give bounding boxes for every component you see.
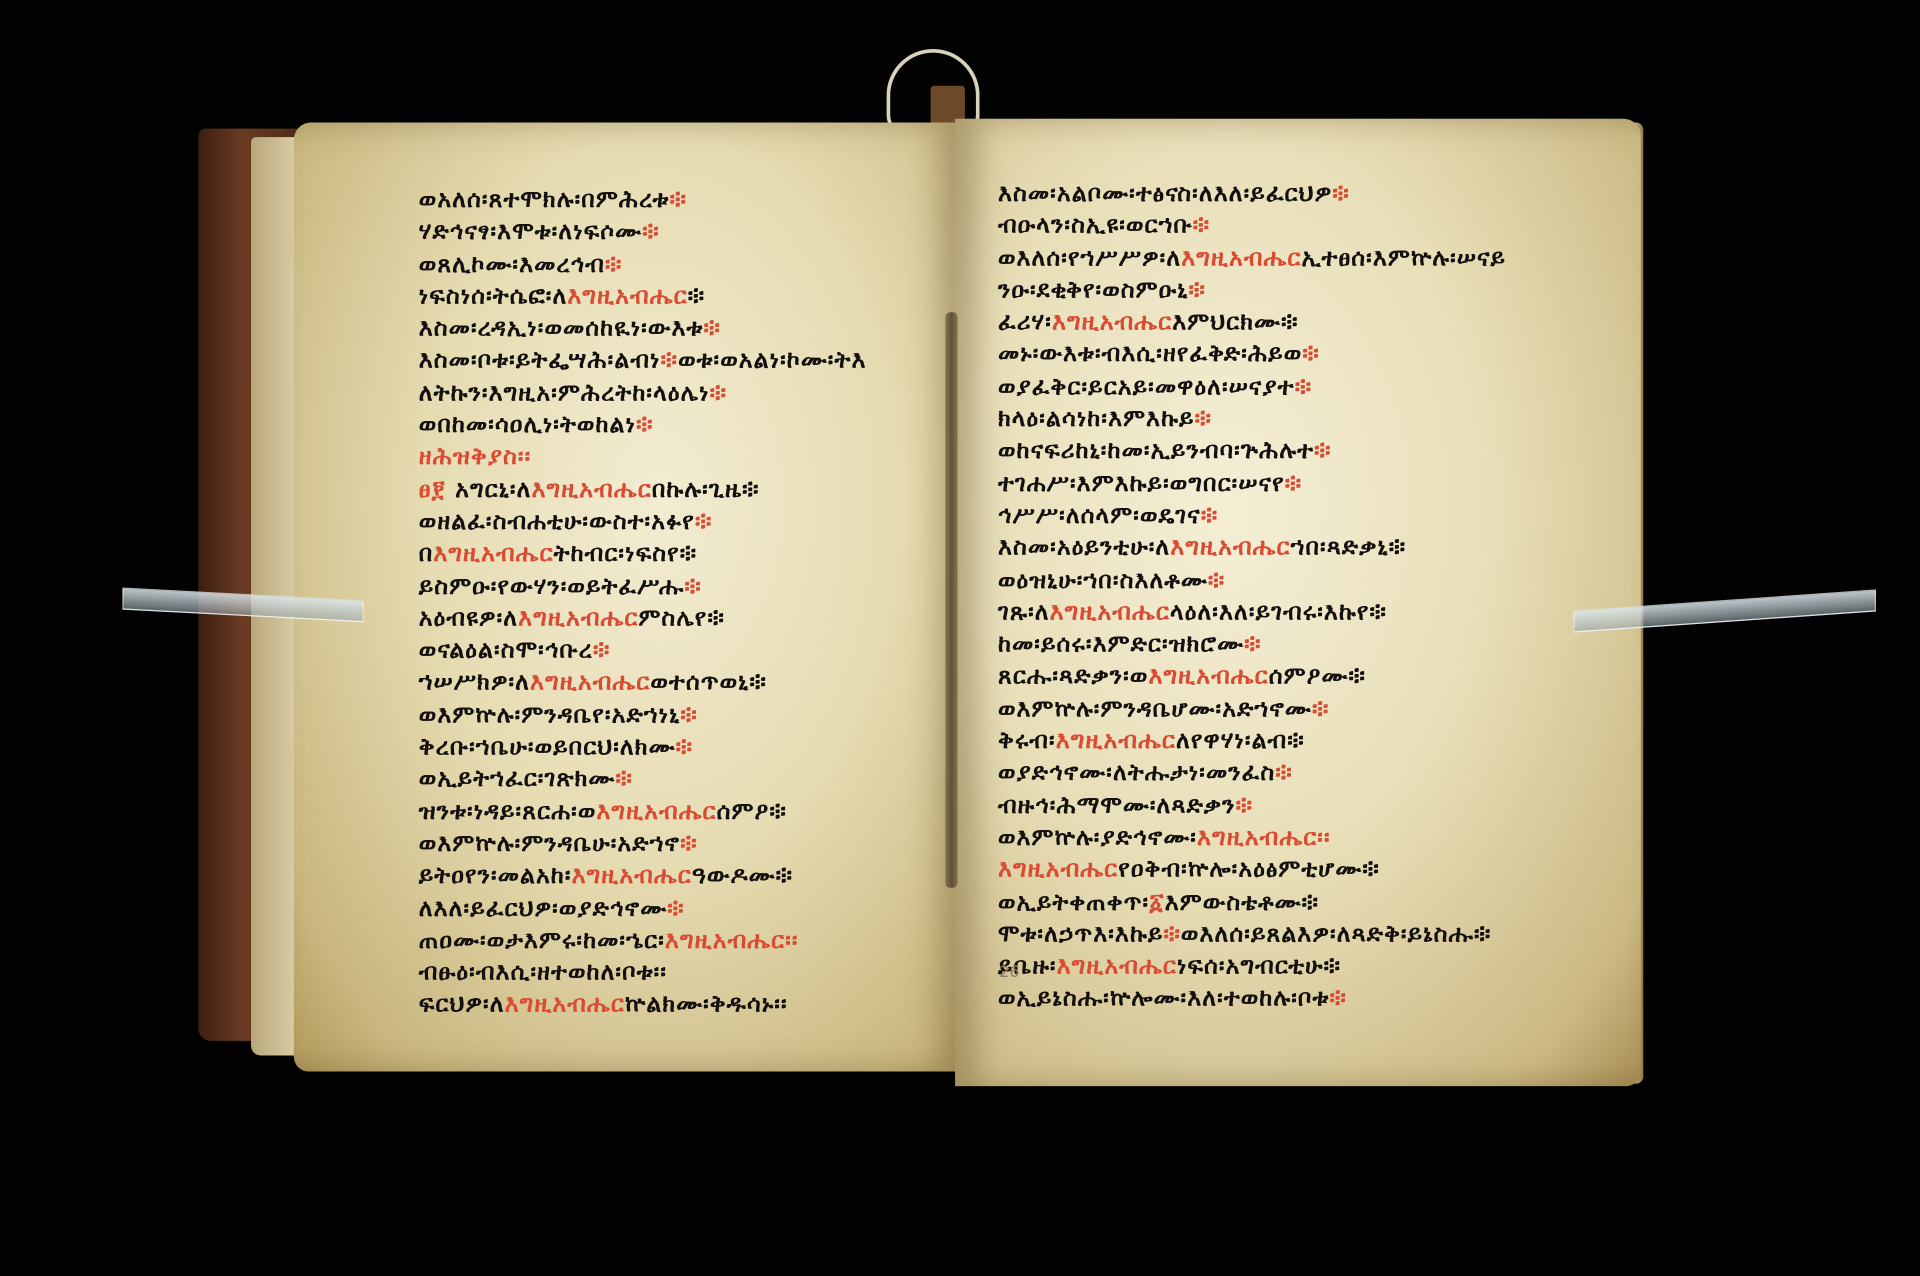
manuscript-line: ወያፈቅር፡ይርአይ፡መዋዕለ፡ሠናያተ፨ <box>998 371 1506 403</box>
manuscript-line: ክላዕ፡ልሳነከ፡እምእኩይ፨ <box>998 403 1506 435</box>
manuscript-line: ወዕዝኒሁ፡ኀበ፡ስእለቶሙ፨ <box>998 564 1506 596</box>
manuscript-line: ወእምኵሉ፡ምንዳቤሁ፡አድኀኖ፨ <box>419 828 867 860</box>
manuscript-line: ወናልዕል፡ስሞ፡ኅቡረ፨ <box>419 634 867 666</box>
manuscript-line: ወእምኵሉ፡ምንዳቤሆሙ፡አድኀኖሙ፨ <box>998 693 1506 725</box>
manuscript-line: ፍርህዎ፡ለእግዚአብሔርኵልክሙ፡ቅዱሳኑ፡፡ <box>419 989 867 1021</box>
manuscript-line: ወአለሰ፡ጸተሞክሉ፡በምሕረቱ፨ <box>419 184 867 216</box>
manuscript-line: ተገሐሥ፡እምእኩይ፡ወግበር፡ሠናየ፨ <box>998 467 1506 499</box>
manuscript-line: ወእምኵሉ፡ምንዳቤየ፡አድኀነኒ፨ <box>419 699 867 731</box>
manuscript-line: ለትኩን፡እግዚአ፡ምሕረትከ፡ላዕሌነ፨ <box>419 377 867 409</box>
left-page: ወአለሰ፡ጸተሞክሉ፡በምሕረቱ፨ሃድኅናፃ፡እሞቱ፡ለነፍሶሙ፨ወጸሊኮሙ፡እ… <box>294 122 961 1071</box>
manuscript-line: ወእለሰ፡የኀሥሥዎ፡ለእግዚአብሔርኢተፀሰ፡እምኵሉ፡ሠናይ <box>998 242 1506 274</box>
manuscript-line: ፀ፻ አግርኒ፡ለእግዚአብሔርበኩሉ፡ጊዜ፨ <box>419 473 867 505</box>
manuscript-line: ይስምዑ፡የውሃን፡ወይትፈሥሑ፨ <box>419 570 867 602</box>
manuscript-line: ወከናፍሪከኒ፡ከመ፡ኢይንብባ፡ጕሕሉተ፨ <box>998 435 1506 467</box>
manuscript-line: ጸርሑ፡ጻድቃን፡ወእግዚአብሔርሰምዖሙ፨ <box>998 661 1506 693</box>
manuscript-line: ሞቱ፡ለኃጥእ፡እኩይ፨ወእለሰ፡ይጸልእዎ፡ለጻድቅ፡ይኔስሑ፨ <box>998 918 1506 950</box>
manuscript-line: ወኢይኔስሑ፡ኵሎሙ፡እለ፡ተወከሉ፡ቦቱ፨ <box>998 983 1506 1015</box>
manuscript-line: ፈሪሃ፡እግዚአብሔርእምህርክሙ፨ <box>998 306 1506 338</box>
manuscript-line: ወዘልፈ፡ስብሐቲሁ፡ውስተ፡አፉየ፨ <box>419 506 867 538</box>
manuscript-line: ወያድኅኖሙ፡ለትሑታነ፡መንፈስ፨ <box>998 757 1506 789</box>
manuscript-line: ሃድኅናፃ፡እሞቱ፡ለነፍሶሙ፨ <box>419 216 867 248</box>
manuscript-line: ነፍስነሰ፡ትሴፎ፡ለእግዚአብሔር፨ <box>419 280 867 312</box>
manuscript-line: ኀሠሥክዎ፡ለእግዚአብሔርወተሰጥወኒ፨ <box>419 667 867 699</box>
manuscript-line: ወኢይትቀጠቀጥ፡፩እምውስቴቶሙ፨ <box>998 886 1506 918</box>
manuscript-line: ወእምኵሉ፡ያድኅኖሙ፡እግዚአብሔር፡፡ <box>998 822 1506 854</box>
left-page-text: ወአለሰ፡ጸተሞክሉ፡በምሕረቱ፨ሃድኅናፃ፡እሞቱ፡ለነፍሶሙ፨ወጸሊኮሙ፡እ… <box>419 184 867 1021</box>
manuscript-line: ንዑ፡ደቂቅየ፡ወስምዑኒ፨ <box>998 274 1506 306</box>
manuscript-line: እስመ፡አዕይንቲሁ፡ለእግዚአብሔርኀበ፡ጻድቃኒ፨ <box>998 532 1506 564</box>
manuscript-line: ብፁዕ፡ብእሲ፡ዘተወከለ፡ቦቱ፡፡ <box>419 956 867 988</box>
manuscript-line: ገጹ፡ለእግዚአብሔርላዕለ፡እለ፡ይገብሩ፡እኩየ፨ <box>998 596 1506 628</box>
manuscript-line: እስመ፡አልቦሙ፡ተፅናስ፡ለእለ፡ይፈርህዎ፨ <box>998 178 1506 210</box>
manuscript-line: እስመ፡ቦቱ፡ይትፌሣሕ፡ልብነ፨ወቱ፡ወአልነ፡ኮሙ፡ትእ <box>419 345 867 377</box>
manuscript-photo: ወአለሰ፡ጸተሞክሉ፡በምሕረቱ፨ሃድኅናፃ፡እሞቱ፡ለነፍሶሙ፨ወጸሊኮሙ፡እ… <box>0 0 1920 1276</box>
book-gutter <box>945 312 957 888</box>
manuscript-line: ወበከመ፡ሳዐሊነ፡ትወከልነ፨ <box>419 409 867 441</box>
manuscript-line: ብዑላን፡ስኢዩ፡ወርኀቡ፨ <box>998 210 1506 242</box>
manuscript-line: ለእለ፡ይፈርህዎ፡ወያድኅኖሙ፨ <box>419 892 867 924</box>
manuscript-line: ቅረቡ፡ኀቤሁ፡ወይበርህ፡ለክሙ፨ <box>419 731 867 763</box>
right-page: እስመ፡አልቦሙ፡ተፅናስ፡ለእለ፡ይፈርህዎ፨ብዑላን፡ስኢዩ፡ወርኀቡ፨ወእ… <box>955 119 1641 1086</box>
manuscript-line: መኑ፡ውእቱ፡ብእሲ፡ዘየፈቅድ፡ሕይወ፨ <box>998 339 1506 371</box>
manuscript-line: ዘሕዝቅያስ፡፡ <box>419 441 867 473</box>
right-page-text: እስመ፡አልቦሙ፡ተፅናስ፡ለእለ፡ይፈርህዎ፨ብዑላን፡ስኢዩ፡ወርኀቡ፨ወእ… <box>998 178 1506 1015</box>
manuscript-line: ኅሥሥ፡ለሰላም፡ወዴገና፨ <box>998 500 1506 532</box>
manuscript-line: ይቤዙ፡እግዚአብሔርነፍሰ፡አግብርቲሁ፨ <box>998 950 1506 982</box>
manuscript-line: ወኢይትኀፈር፡ገጽክሙ፨ <box>419 763 867 795</box>
manuscript-line: ከመ፡ይሰሩ፡እምድር፡ዝክሮሙ፨ <box>998 628 1506 660</box>
manuscript-line: ቅሩብ፡እግዚአብሔርለየዋሃነ፡ልብ፨ <box>998 725 1506 757</box>
manuscript-line: አዕብዩዎ፡ለእግዚአብሔርምስሌየ፨ <box>419 602 867 634</box>
manuscript-line: ጠዐሙ፡ወታእምሩ፡ከመ፡ኄር፡እግዚአብሔር፡፡ <box>419 924 867 956</box>
manuscript-line: ወጸሊኮሙ፡እመረኅብ፨ <box>419 248 867 280</box>
manuscript-line: ብዙኅ፡ሕማሞሙ፡ለጻድቃን፨ <box>998 789 1506 821</box>
page-number: 26 <box>999 964 1019 982</box>
manuscript-line: ይትዐየን፡መልአከ፡እግዚአብሔርዓውዶሙ፨ <box>419 860 867 892</box>
manuscript-line: እግዚአብሔርየዐቅብ፡ኵሎ፡አዕፅምቲሆሙ፨ <box>998 854 1506 886</box>
manuscript-line: በእግዚአብሔርትከብር፡ነፍስየ፨ <box>419 538 867 570</box>
manuscript-line: ዝንቱ፡ነዳይ፡ጸርሐ፡ወእግዚአብሔርሰምዖ፨ <box>419 795 867 827</box>
manuscript-line: እስመ፡ረዳኢነ፡ወመሰከዪነ፡ውእቱ፨ <box>419 312 867 344</box>
